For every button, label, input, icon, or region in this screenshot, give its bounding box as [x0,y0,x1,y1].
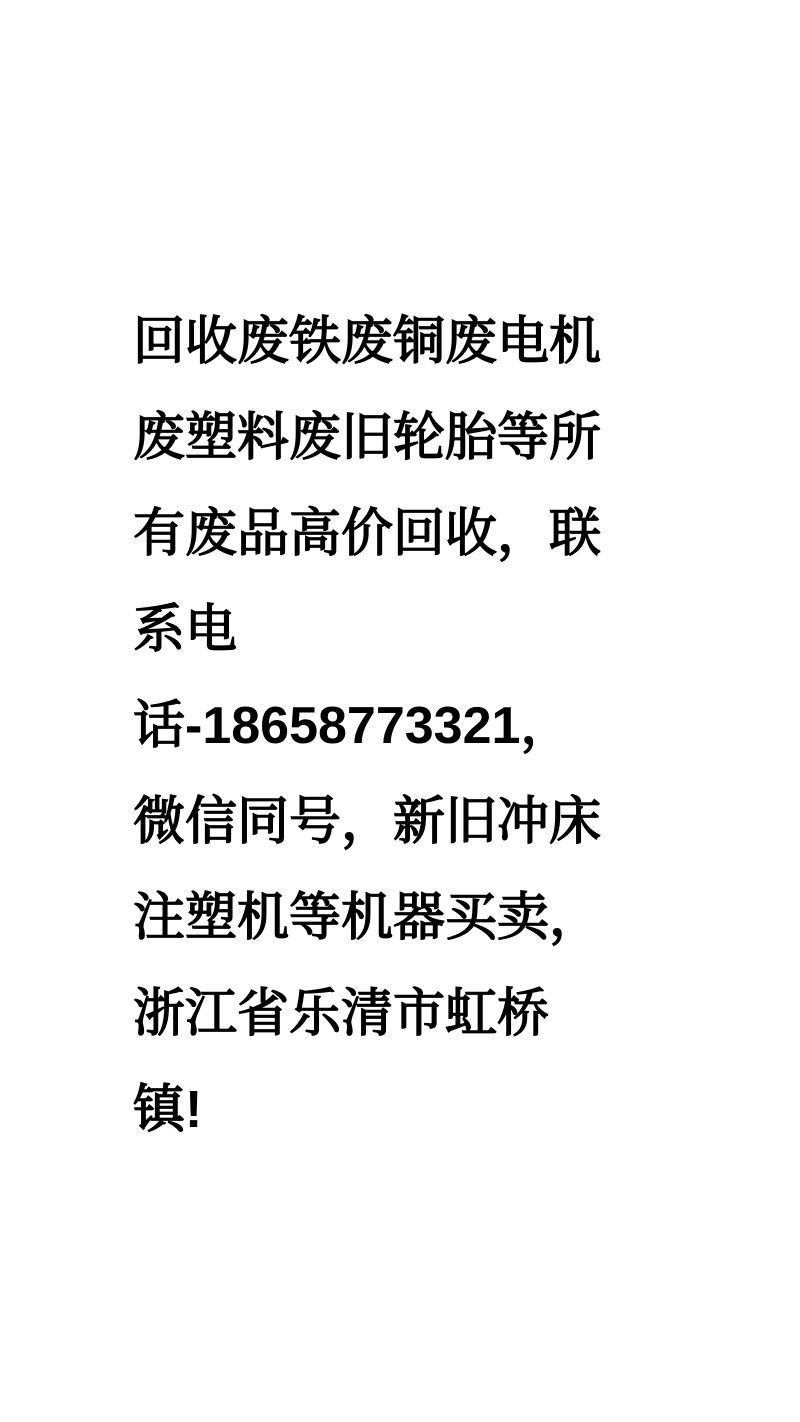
ad-text-line-3: 有废品高价回收，联 [133,486,693,582]
ad-text-line-9: 镇! [133,1062,693,1158]
ad-text-line-4: 系电 [133,582,693,678]
ad-text-line-1: 回收废铁废铜废电机 [133,294,693,390]
ad-text-block: 回收废铁废铜废电机 废塑料废旧轮胎等所 有废品高价回收，联 系电 话-18658… [133,294,693,1158]
ad-page: 回收废铁废铜废电机 废塑料废旧轮胎等所 有废品高价回收，联 系电 话-18658… [0,0,800,1422]
ad-text-line-2: 废塑料废旧轮胎等所 [133,390,693,486]
ad-text-line-6: 微信同号，新旧冲床 [133,774,693,870]
ad-text-line-8: 浙江省乐清市虹桥 [133,966,693,1062]
ad-text-line-5-phone: 话-18658773321， [133,678,693,774]
ad-text-line-7: 注塑机等机器买卖， [133,870,693,966]
